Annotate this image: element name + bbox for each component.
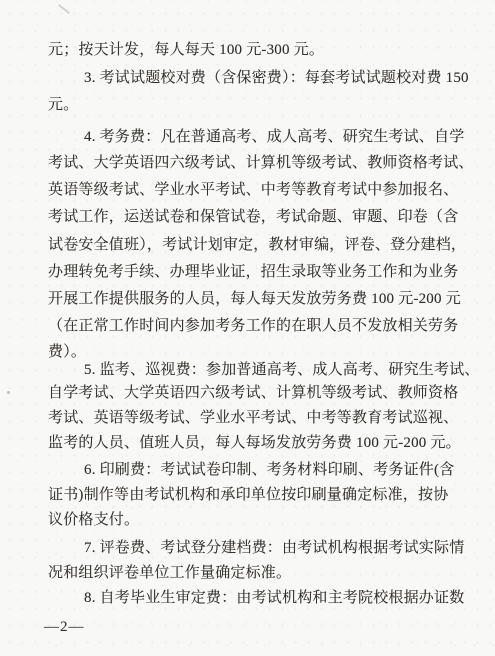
text-line: 况和组织评卷单位工作量确定标准。 (48, 562, 468, 584)
text-line: 7. 评卷费、考试登分建档费：由考试机构根据考试实际情 (48, 537, 495, 559)
text-line: 元；按天计发，每人每天 100 元-300 元。 (48, 39, 468, 61)
page-number: —2— (44, 616, 85, 638)
scan-artifact-mark (58, 4, 70, 14)
text-line: 监考的人员、值班人员，每人每场发放劳务费 100 元-200 元。 (48, 432, 468, 454)
text-line: 4. 考务费：凡在普通高考、成人高考、研究生考试、自学 (48, 126, 495, 148)
text-line: 办理转免考手续、办理毕业证，招生录取等业务工作和为业务 (48, 261, 468, 283)
text-line: 试卷安全值班），考试计划审定，教材审编，评卷、登分建档， (48, 234, 468, 256)
text-line: 6. 印刷费：考试试卷印制、考务材料印刷、考务证件(含 (48, 459, 495, 481)
text-line: 元。 (48, 94, 468, 116)
scanned-document-page: 元；按天计发，每人每天 100 元-300 元。 3. 考试试题校对费（含保密费… (0, 0, 495, 656)
text-line: 自学考试、大学英语四六级考试、计算机等级考试、教师资格 (48, 382, 468, 404)
text-line: 考试、英语等级考试、学业水平考试、中考等教育考试巡视、 (48, 407, 468, 429)
text-line: 议价格支付。 (48, 509, 468, 531)
scan-speck-dot (7, 391, 10, 394)
text-line: 5. 监考、巡视费：参加普通高考、成人高考、研究生考试、 (48, 359, 495, 381)
text-line: （在正常工作时间内参加考务工作的在职人员不发放相关劳务 (48, 315, 468, 337)
text-line: 英语等级考试、学业水平考试、中考等教育考试中参加报名、 (48, 179, 468, 201)
text-line: 考试、大学英语四六级考试、计算机等级考试、教师资格考试、 (48, 152, 468, 174)
text-line: 考试工作，运送试卷和保管试卷，考试命题、审题、印卷（含 (48, 206, 468, 228)
text-line: 证书)制作等由考试机构和承印单位按印刷量确定标准，按协 (48, 484, 468, 506)
text-line: 3. 考试试题校对费（含保密费）：每套考试试题校对费 150 (48, 67, 495, 89)
text-line: 8. 自考毕业生审定费：由考试机构和主考院校根据办证数 (48, 587, 495, 609)
text-line: 开展工作提供服务的人员，每人每天发放劳务费 100 元-200 元 (48, 288, 468, 310)
